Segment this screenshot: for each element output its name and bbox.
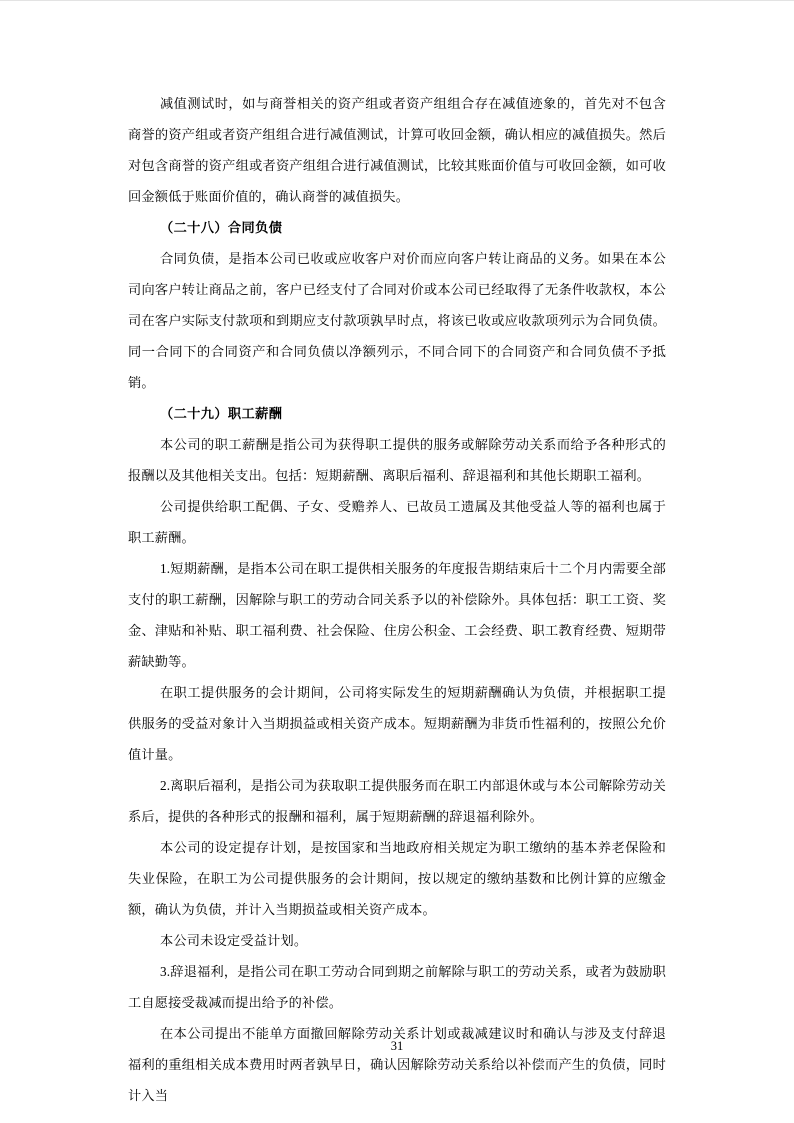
page-number: 31 (0, 1037, 794, 1055)
paragraph-goodwill-impairment-test: 减值测试时，如与商誉相关的资产组或者资产组组合存在减值迹象的，首先对不包含商誉的… (128, 88, 666, 212)
document-body: 减值测试时，如与商誉相关的资产组或者资产组组合存在减值迹象的，首先对不包含商誉的… (128, 88, 666, 1111)
paragraph-termination-benefits-recognition: 在本公司提出不能单方面撤回解除劳动关系计划或裁减建议时和确认与涉及支付辞退福利的… (128, 1018, 666, 1111)
paragraph-short-term-compensation: 1.短期薪酬，是指本公司在职工提供相关服务的年度报告期结束后十二个月内需要全部支… (128, 553, 666, 677)
section-heading-contract-liabilities: （二十八）合同负债 (128, 212, 666, 243)
paragraph-contract-liabilities: 合同负债，是指本公司已收或应收客户对价而应向客户转让商品的义务。如果在本公司向客… (128, 243, 666, 398)
section-heading-employee-compensation: （二十九）职工薪酬 (128, 398, 666, 429)
paragraph-employee-compensation-beneficiaries: 公司提供给职工配偶、子女、受赡养人、已故员工遗属及其他受益人等的福利也属于职工薪… (128, 491, 666, 553)
paragraph-short-term-compensation-recognition: 在职工提供服务的会计期间，公司将实际发生的短期薪酬确认为负债，并根据职工提供服务… (128, 677, 666, 770)
paragraph-termination-benefits: 3.辞退福利，是指公司在职工劳动合同到期之前解除与职工的劳动关系，或者为鼓励职工… (128, 956, 666, 1018)
document-page: { "document": { "blocks": [ { "type": "p… (0, 0, 794, 1123)
paragraph-no-defined-benefit-plan: 本公司未设定受益计划。 (128, 925, 666, 956)
paragraph-defined-contribution-plan: 本公司的设定提存计划，是按国家和当地政府相关规定为职工缴纳的基本养老保险和失业保… (128, 832, 666, 925)
paragraph-employee-compensation-definition: 本公司的职工薪酬是指公司为获得职工提供的服务或解除劳动关系而给予各种形式的报酬以… (128, 429, 666, 491)
paragraph-post-employment-benefits: 2.离职后福利，是指公司为获取职工提供服务而在职工内部退休或与本公司解除劳动关系… (128, 770, 666, 832)
